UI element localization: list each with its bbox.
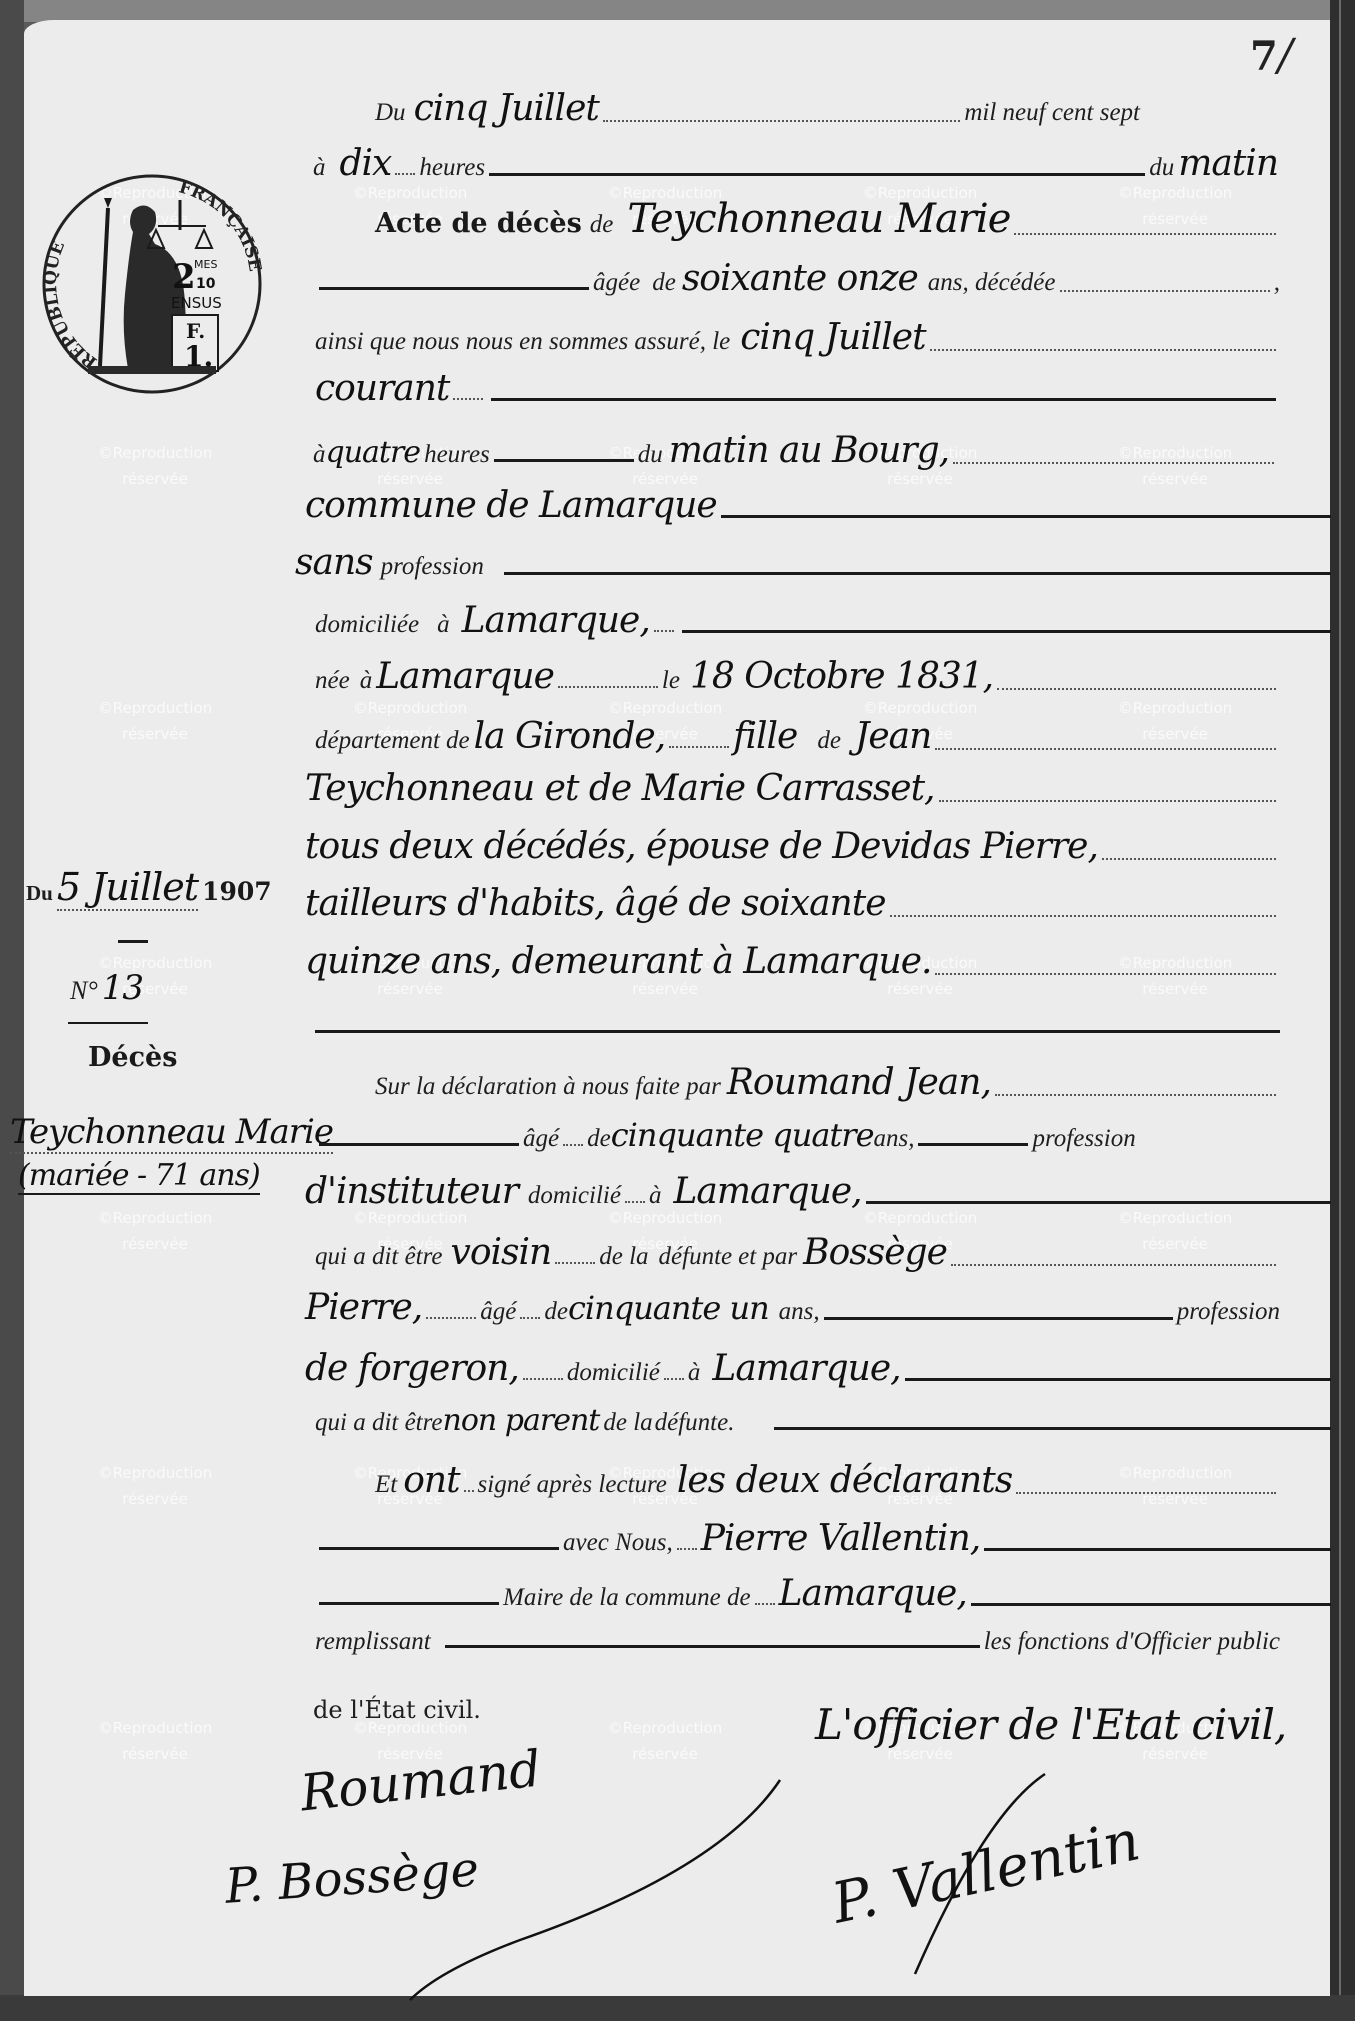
signature-flourishes bbox=[0, 0, 1355, 2021]
